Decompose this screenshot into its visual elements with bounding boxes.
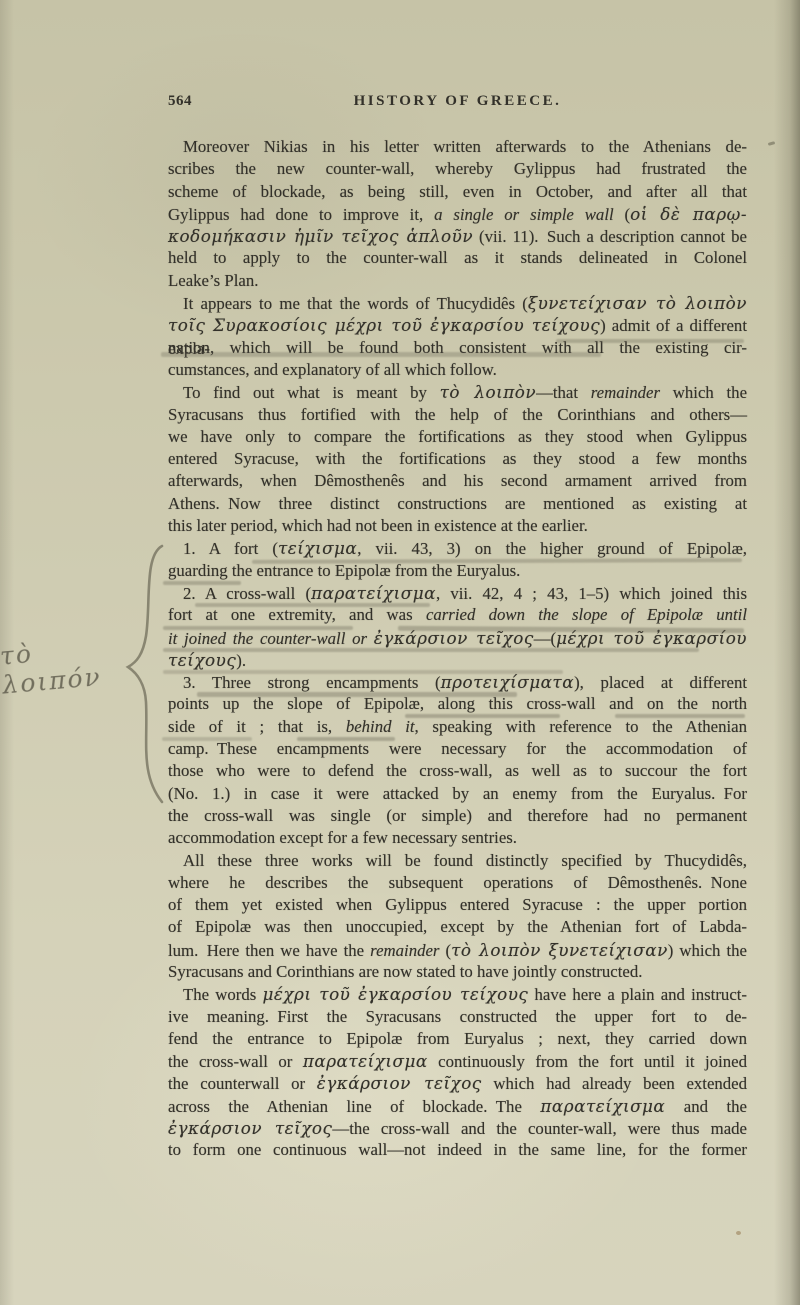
text-line: fort at one extremity, and was carried d… <box>168 604 747 626</box>
body-text: this later period, which had not been in… <box>168 516 588 535</box>
emphasis-text: behind it <box>346 717 415 736</box>
text-line: 3. Three strong encampments (προτειχίσμα… <box>168 671 747 693</box>
text-line: side of it ; that is, behind it, speakin… <box>168 716 747 738</box>
body-text: 2. A cross-wall ( <box>183 584 311 603</box>
greek-text: ξυνετείχισαν τὸ λοιπὸν <box>528 293 747 313</box>
text-line: scheme of blockade, as being still, even… <box>168 181 747 203</box>
body-text: (vii. 11). Such a description cannot be <box>473 227 747 246</box>
body-text: cumstances, and explanatory of all which… <box>168 360 497 379</box>
text-line: Moreover Nikias in his letter written af… <box>168 136 747 158</box>
greek-text: ἐγκάρσιον τεῖχος <box>317 1073 482 1093</box>
text-line: accommodation except for a few necessary… <box>168 827 747 849</box>
body-text: ( <box>439 941 451 960</box>
text-line: cumstances, and explanatory of all which… <box>168 359 747 381</box>
book-page: 564 HISTORY OF GREECE. Moreover Nikias i… <box>0 0 800 1305</box>
body-text: of Epipolæ was then unoccupied, except b… <box>168 917 747 936</box>
body-text: where he describes the subsequent operat… <box>168 873 747 892</box>
greek-text: παρατείχισμα <box>311 583 436 603</box>
text-line: where he describes the subsequent operat… <box>168 872 747 894</box>
pencil-underline <box>615 714 745 718</box>
body-text: Syracusans and Corinthians are now state… <box>168 962 642 981</box>
page-title: HISTORY OF GREECE. <box>168 93 747 110</box>
body-text: side of it ; that is, <box>168 717 346 736</box>
text-line: κοδομήκασιν ἡμῖν τεῖχος ἁπλοῦν (vii. 11)… <box>168 225 747 247</box>
pencil-underline <box>405 714 560 718</box>
page-header: 564 HISTORY OF GREECE. <box>168 93 747 111</box>
pencil-underline <box>163 626 353 630</box>
body-text: 3. Three strong encampments ( <box>183 673 441 692</box>
text-line: 2. A cross-wall (παρατείχισμα, vii. 42, … <box>168 582 747 604</box>
body-text: ( <box>614 205 630 224</box>
text-line: Leake’s Plan. <box>168 270 747 292</box>
body-text: accommodation except for a few necessary… <box>168 828 517 847</box>
text-line: lum. Here then we have the remainder (τὸ… <box>168 939 747 961</box>
text-line: to form one continuous wall—not indeed i… <box>168 1139 747 1161</box>
body-text: we have only to compare the fortificatio… <box>168 427 747 446</box>
text-line: the counterwall or ἐγκάρσιον τεῖχος whic… <box>168 1072 747 1094</box>
text-line: this later period, which had not been in… <box>168 515 747 537</box>
body-text: To find out what is meant by <box>183 383 440 402</box>
body-text: which the <box>660 383 747 402</box>
text-line: we have only to compare the fortificatio… <box>168 426 747 448</box>
body-text: —the cross-wall and the counter-wall, we… <box>332 1119 747 1138</box>
greek-text: παρατείχισμα <box>540 1096 665 1116</box>
text-line: Syracusans thus fortified with the help … <box>168 404 747 426</box>
text-line: held to apply to the counter-wall as it … <box>168 247 747 269</box>
greek-text: τοῖς Συρακοσίοις μέχρι τοῦ ἐγκαρσίου τεί… <box>168 315 600 335</box>
body-text: points up the slope of Epipolæ, along th… <box>168 694 747 713</box>
body-text: Athens. Now three distinct constructions… <box>168 494 747 513</box>
body-text: and the <box>665 1097 747 1116</box>
pencil-underline <box>197 692 517 697</box>
text-line: entered Syracuse, with the fortification… <box>168 448 747 470</box>
paper-speck <box>736 1231 741 1235</box>
body-text: scheme of blockade, as being still, even… <box>168 182 747 201</box>
body-text: All these three works will be found dist… <box>183 851 747 870</box>
body-text: across the Athenian line of blockade. Th… <box>168 1097 540 1116</box>
body-text: Moreover Nikias in his letter written af… <box>183 137 747 156</box>
text-line: the cross-wall or παρατείχισμα continuou… <box>168 1050 747 1072</box>
body-text: lum. Here then we have the <box>168 941 370 960</box>
body-text: have here a plain and instruct- <box>528 985 747 1004</box>
pencil-underline <box>162 737 252 741</box>
body-text: scribes the new counter-wall, whereby Gy… <box>168 159 747 178</box>
text-line: The words μέχρι τοῦ ἐγκαρσίου τείχους ha… <box>168 983 747 1005</box>
body-text: ive meaning. First the Syracusans constr… <box>168 1007 747 1026</box>
text-line: fend the entrance to Epipolæ from Euryal… <box>168 1028 747 1050</box>
text-line: To find out what is meant by τὸ λοιπὸν—t… <box>168 381 747 403</box>
body-text: afterwards, when Dêmosthenês and his sec… <box>168 471 747 490</box>
body-text: (No. 1.) in case it were attacked by an … <box>168 784 747 803</box>
emphasis-text: a single or simple wall <box>434 205 614 224</box>
greek-text: τὸ λοιπὸν ξυνετείχισαν <box>451 940 668 960</box>
body-text: fort at one extremity, and was <box>168 605 426 624</box>
text-line: points up the slope of Epipolæ, along th… <box>168 693 747 715</box>
body-text: ), placed at different <box>574 673 747 692</box>
body-text: entered Syracuse, with the fortification… <box>168 449 747 468</box>
greek-text: τείχους <box>168 650 236 670</box>
greek-text: τείχισμα <box>278 538 357 558</box>
body-text: ). <box>236 651 246 670</box>
body-text: —that <box>536 383 591 402</box>
greek-text: προτειχίσματα <box>441 672 574 692</box>
pencil-underline <box>163 670 563 674</box>
body-text: Leake’s Plan. <box>168 271 258 290</box>
greek-text: κοδομήκασιν ἡμῖν τεῖχος ἁπλοῦν <box>168 226 473 246</box>
body-text: those who were to defend the cross-wall,… <box>168 761 747 780</box>
pencil-brace-mark <box>118 536 174 812</box>
emphasis-text: remainder <box>591 383 660 402</box>
body-text: the counterwall or <box>168 1074 317 1093</box>
body-text: the cross-wall or <box>168 1052 303 1071</box>
emphasis-text: remainder <box>370 941 439 960</box>
body-text: 1. A fort ( <box>183 539 278 558</box>
pencil-underline <box>297 737 395 741</box>
text-line: scribes the new counter-wall, whereby Gy… <box>168 158 747 180</box>
body-text: , speaking with reference to the Athenia… <box>415 717 747 736</box>
pencil-underline <box>163 581 241 585</box>
emphasis-text: carried down the slope of Epipolæ until <box>426 605 747 624</box>
pencil-underline <box>556 339 744 343</box>
body-text: , vii. 43, 3) on the higher ground of Ep… <box>357 539 747 558</box>
body-text: It appears to me that the words of Thucy… <box>183 294 528 313</box>
text-line: τοῖς Συρακοσίοις μέχρι τοῦ ἐγκαρσίου τεί… <box>168 314 747 336</box>
pencil-underline <box>163 648 699 652</box>
pencil-underline <box>161 352 601 357</box>
text-line: ἐγκάρσιον τεῖχος—the cross-wall and the … <box>168 1117 747 1139</box>
text-line: All these three works will be found dist… <box>168 850 747 872</box>
text-line: Athens. Now three distinct constructions… <box>168 493 747 515</box>
text-line: τείχους). <box>168 649 747 671</box>
text-line: the cross-wall was single (or simple) an… <box>168 805 747 827</box>
body-text: Syracusans thus fortified with the help … <box>168 405 747 424</box>
greek-text: μέχρι τοῦ ἐγκαρσίου τείχους <box>262 984 528 1004</box>
body-text: camp. These encampments were necessary f… <box>168 739 747 758</box>
text-line: Gylippus had done to improve it, a singl… <box>168 203 747 225</box>
body-text: the cross-wall was single (or simple) an… <box>168 806 747 825</box>
greek-text: οἱ δὲ παρῳ- <box>630 204 747 224</box>
body-text: , vii. 42, 4 ; 43, 1–5) which joined thi… <box>436 584 747 603</box>
text-line: It appears to me that the words of Thucy… <box>168 292 747 314</box>
margin-handwriting: τὸ λοιπόν <box>0 630 133 699</box>
text-line: of Epipolæ was then unoccupied, except b… <box>168 916 747 938</box>
emphasis-text: it joined the counter-wall or <box>168 629 374 648</box>
body-text: Gylippus had done to improve it, <box>168 205 434 224</box>
text-line: of them yet existed when Gylippus entere… <box>168 894 747 916</box>
body-text: to form one continuous wall—not indeed i… <box>168 1140 747 1159</box>
body-text: continuously from the fort until it join… <box>428 1052 747 1071</box>
paper-speck <box>768 141 776 146</box>
text-line: camp. These encampments were necessary f… <box>168 738 747 760</box>
body-text: which had already been extended <box>482 1074 747 1093</box>
text-line: Syracusans and Corinthians are now state… <box>168 961 747 983</box>
greek-text: τὸ λοιπὸν <box>440 382 536 402</box>
text-line: those who were to defend the cross-wall,… <box>168 760 747 782</box>
body-text: ) which the <box>668 941 747 960</box>
text-line: (No. 1.) in case it were attacked by an … <box>168 783 747 805</box>
greek-text: παρατείχισμα <box>303 1051 428 1071</box>
text-line: afterwards, when Dêmosthenês and his sec… <box>168 470 747 492</box>
body-text: of them yet existed when Gylippus entere… <box>168 895 747 914</box>
text-line: ive meaning. First the Syracusans constr… <box>168 1006 747 1028</box>
text-line: across the Athenian line of blockade. Th… <box>168 1095 747 1117</box>
body-text: The words <box>183 985 262 1004</box>
greek-text: ἐγκάρσιον τεῖχος <box>168 1118 332 1138</box>
body-text: fend the entrance to Epipolæ from Euryal… <box>168 1029 747 1048</box>
text-line: 1. A fort (τείχισμα, vii. 43, 3) on the … <box>168 537 747 559</box>
body-text: held to apply to the counter-wall as it … <box>168 248 747 267</box>
pencil-underline <box>195 603 430 607</box>
